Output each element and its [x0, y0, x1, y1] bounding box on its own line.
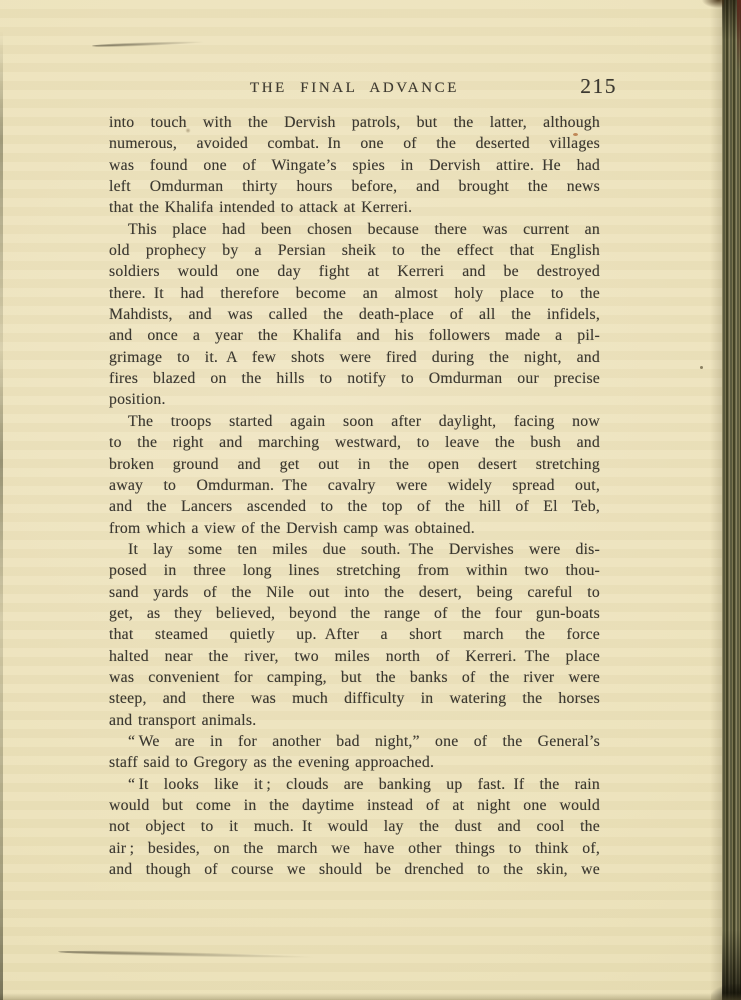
foxing-speck — [573, 133, 578, 136]
text-line: was found one of Wingate’s spies in Derv… — [109, 155, 600, 176]
page-curve-shadow — [710, 0, 722, 1000]
text-line: sand yards of the Nile out into the dese… — [109, 582, 600, 603]
text-line: that the Khalifa intended to attack at K… — [109, 197, 600, 218]
text-line: It lay some ten miles due south. The Der… — [109, 539, 600, 560]
text-line: staff said to Gregory as the evening app… — [109, 752, 600, 773]
text-line: there. It had therefore become an almost… — [109, 283, 600, 304]
text-line: air ; besides, on the march we have othe… — [109, 838, 600, 859]
text-line: not object to it much. It would lay the … — [109, 816, 600, 837]
text-line: soldiers would one day fight at Kerreri … — [109, 261, 600, 282]
text-line: position. — [109, 389, 600, 410]
text-line: that steamed quietly up. After a short m… — [109, 624, 600, 645]
page-number: 215 — [580, 74, 617, 99]
text-line: “ It looks like it ; clouds are banking … — [109, 774, 600, 795]
text-line: Mahdists, and was called the death-place… — [109, 304, 600, 325]
cover-edge-accent — [737, 0, 741, 70]
text-line: grimage to it. A few shots were fired du… — [109, 347, 600, 368]
text-line: old prophecy by a Persian sheik to the e… — [109, 240, 600, 261]
running-header: THE FINAL ADVANCE 215 — [109, 79, 600, 97]
pencil-smudge-bottom — [58, 949, 318, 959]
bottom-edge-shadow — [0, 993, 741, 1000]
text-line: posed in three long lines stretching fro… — [109, 560, 600, 581]
text-line: and once a year the Khalifa and his foll… — [109, 325, 600, 346]
text-line: broken ground and get out in the open de… — [109, 454, 600, 475]
top-right-shadow — [702, 0, 724, 8]
text-line: left Omdurman thirty hours before, and b… — [109, 176, 600, 197]
ink-blot — [185, 128, 191, 133]
text-line: from which a view of the Dervish camp wa… — [109, 518, 600, 539]
margin-speck — [700, 366, 703, 369]
text-line: The troops started again soon after dayl… — [109, 411, 600, 432]
book-fore-edge — [722, 0, 741, 1000]
text-line: steep, and there was much difficulty in … — [109, 688, 600, 709]
body-text: into touch with the Dervish patrols, but… — [109, 112, 600, 880]
text-line: into touch with the Dervish patrols, but… — [109, 112, 600, 133]
text-line: and though of course we should be drench… — [109, 859, 600, 880]
chapter-running-title: THE FINAL ADVANCE — [250, 80, 459, 96]
pencil-smudge-top — [92, 40, 204, 48]
text-line: get, as they believed, beyond the range … — [109, 603, 600, 624]
text-line: and the Lancers ascended to the top of t… — [109, 496, 600, 517]
text-line: away to Omdurman. The cavalry were widel… — [109, 475, 600, 496]
text-line: halted near the river, two miles north o… — [109, 646, 600, 667]
text-line: and transport animals. — [109, 710, 600, 731]
text-line: numerous, avoided combat. In one of the … — [109, 133, 600, 154]
text-line: to the right and marching westward, to l… — [109, 432, 600, 453]
text-line: This place had been chosen because there… — [109, 219, 600, 240]
text-line: would but come in the daytime instead of… — [109, 795, 600, 816]
book-page-scan: THE FINAL ADVANCE 215 into touch with th… — [0, 0, 741, 1000]
text-line: fires blazed on the hills to notify to O… — [109, 368, 600, 389]
text-line: was convenient for camping, but the bank… — [109, 667, 600, 688]
text-line: “ We are in for another bad night,” one … — [109, 731, 600, 752]
left-edge-shadow — [0, 0, 3, 1000]
